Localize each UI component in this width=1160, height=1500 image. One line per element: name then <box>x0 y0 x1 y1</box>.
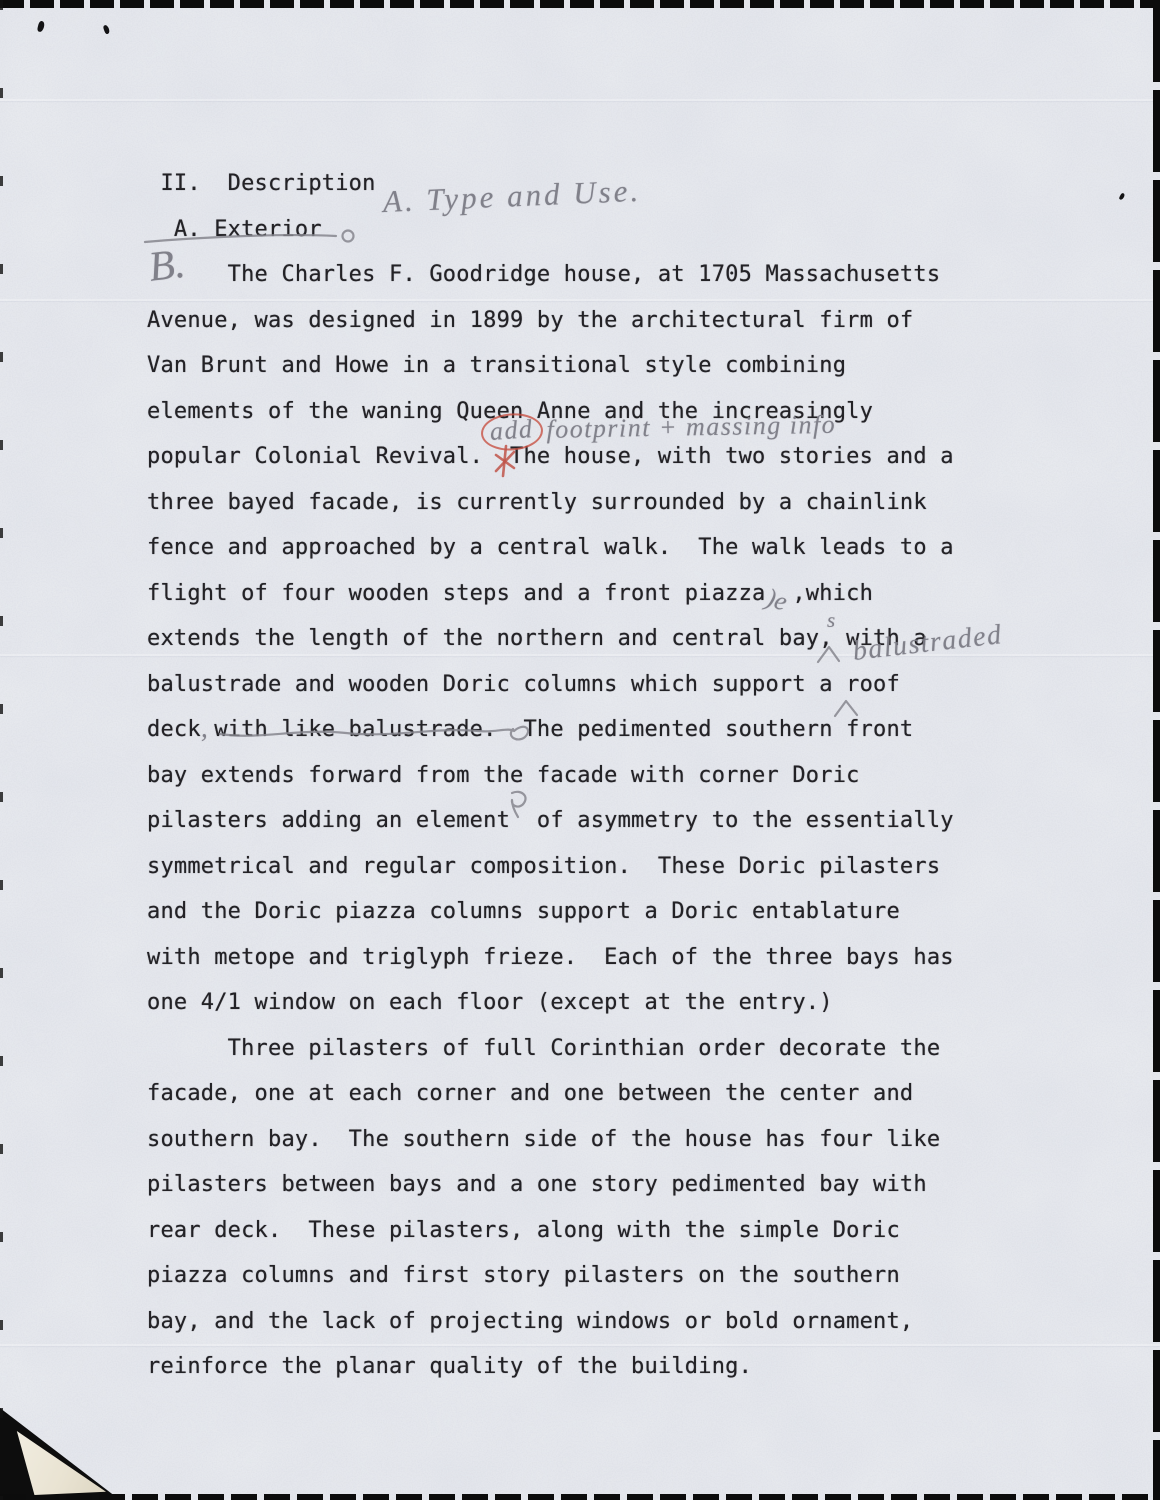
ink-speck <box>102 24 110 34</box>
film-edge-top <box>0 0 1160 8</box>
ink-speck <box>37 20 45 32</box>
typed-line: with metope and triglyph frieze. Each of… <box>147 935 954 981</box>
margin-note-rest: footprint + massing info <box>546 410 836 444</box>
typed-line-subheading: A. Exterior <box>147 207 954 253</box>
typed-line: reinforce the planar quality of the buil… <box>147 1344 954 1390</box>
typed-line: three bayed facade, is currently surroun… <box>147 480 954 526</box>
typed-line: piazza columns and first story pilasters… <box>147 1253 954 1299</box>
typed-line: bay extends forward from the facade with… <box>147 753 954 799</box>
paper-crease <box>0 99 1160 101</box>
ink-speck <box>1119 192 1126 200</box>
typed-line: Avenue, was designed in 1899 by the arch… <box>147 298 954 344</box>
typed-line: southern bay. The southern side of the h… <box>147 1117 954 1163</box>
typed-line: The Charles F. Goodridge house, at 1705 … <box>147 252 954 298</box>
film-edge-left <box>0 0 3 1500</box>
typed-line: balustrade and wooden Doric columns whic… <box>147 662 954 708</box>
typed-line: one 4/1 window on each floor (except at … <box>147 980 954 1026</box>
typed-line: Three pilasters of full Corinthian order… <box>147 1026 954 1072</box>
typed-line: deck with like balustrade. The pedimente… <box>147 707 954 753</box>
handwritten-plural-s: s <box>827 608 835 633</box>
circled-word-add: add <box>480 411 544 452</box>
typed-line: pilasters adding an element of asymmetry… <box>147 798 954 844</box>
typed-line: facade, one at each corner and one betwe… <box>147 1071 954 1117</box>
film-edge-bottom <box>0 1494 1160 1500</box>
typed-line: bay, and the lack of projecting windows … <box>147 1299 954 1345</box>
handwritten-paragraph-label: B. <box>146 240 188 292</box>
handwritten-margin-note: addfootprint + massing info <box>481 408 837 451</box>
typed-line: Van Brunt and Howe in a transitional sty… <box>147 343 954 389</box>
typed-line: symmetrical and regular composition. The… <box>147 844 954 890</box>
film-edge-right <box>1153 0 1160 1500</box>
handwritten-inserted-comma: , <box>201 713 208 744</box>
typescript-text: II. Description A. Exterior The Charles … <box>147 161 954 1390</box>
scanned-typescript-page: II. Description A. Exterior The Charles … <box>0 0 1160 1500</box>
typed-line: fence and approached by a central walk. … <box>147 525 954 571</box>
typed-line: and the Doric piazza columns support a D… <box>147 889 954 935</box>
typed-line: rear deck. These pilasters, along with t… <box>147 1208 954 1254</box>
typed-line: pilasters between bays and a one story p… <box>147 1162 954 1208</box>
